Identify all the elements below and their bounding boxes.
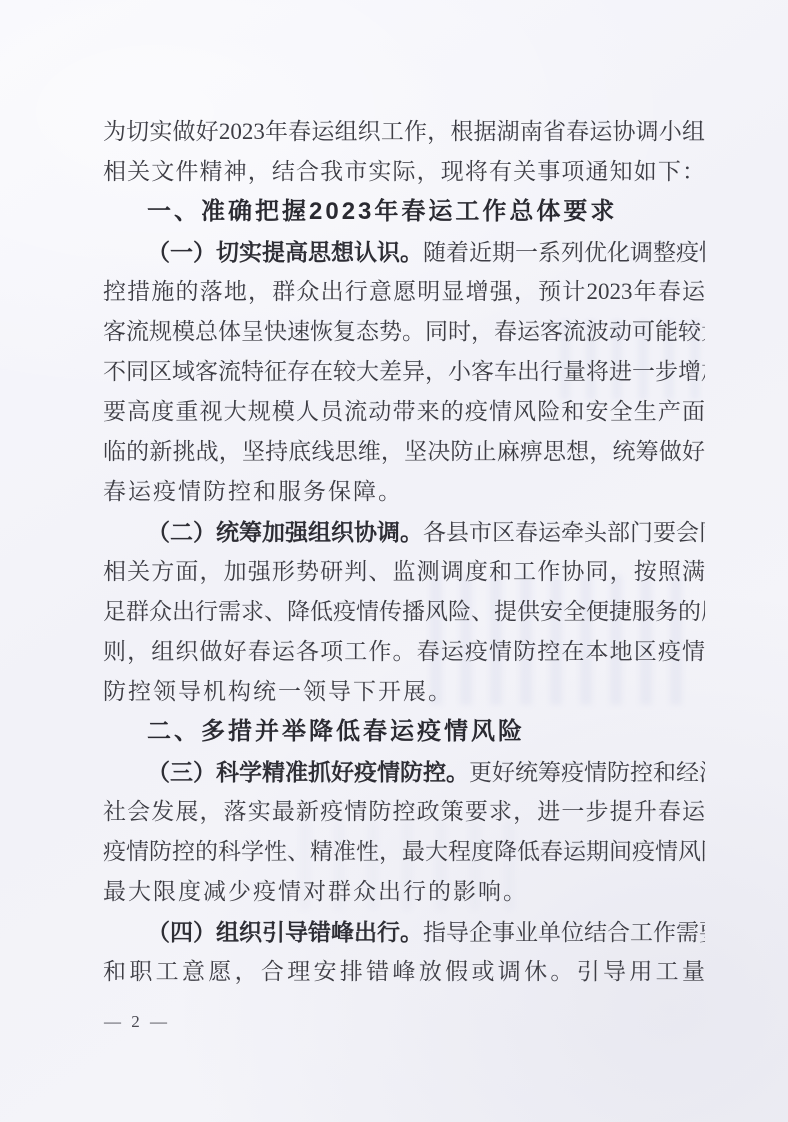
body-line: （三）科学精准抓好疫情防控。更好统筹疫情防控和经济 xyxy=(103,752,705,792)
body-text: 社会发展，落实最新疫情防控政策要求，进一步提升春运 xyxy=(103,799,705,824)
body-line: 则，组织做好春运各项工作。春运疫情防控在本地区疫情 xyxy=(103,632,705,672)
body-line: 防控领导机构统一领导下开展。 xyxy=(103,672,705,712)
body-text: 和职工意愿，合理安排错峰放假或调休。引导用工量 xyxy=(103,959,705,984)
scanned-document-page: 为切实做好2023年春运组织工作，根据湖南省春运协调小组 相关文件精神，结合我市… xyxy=(0,0,788,1122)
body-text: 春运疫情防控和服务保障。 xyxy=(103,479,403,504)
body-text: 足群众出行需求、降低疫情传播风险、提供安全便捷服务的原 xyxy=(103,599,705,624)
body-text: 控措施的落地，群众出行意愿明显增强，预计2023年春运 xyxy=(103,279,705,304)
body-line: 社会发展，落实最新疫情防控政策要求，进一步提升春运 xyxy=(103,792,705,832)
paragraph-lead: （四）组织引导错峰出行。 xyxy=(147,919,423,945)
body-line: 不同区域客流特征存在较大差异，小客车出行量将进一步增加。 xyxy=(103,352,705,392)
paragraph-lead: （一）切实提高思想认识。 xyxy=(147,239,423,265)
page-number: — 2 — xyxy=(104,1012,170,1032)
body-text: 为切实做好2023年春运组织工作，根据湖南省春运协调小组 xyxy=(103,119,705,144)
body-line: 为切实做好2023年春运组织工作，根据湖南省春运协调小组 xyxy=(103,112,705,152)
body-text: 防控领导机构统一领导下开展。 xyxy=(103,679,453,704)
body-text: 则，组织做好春运各项工作。春运疫情防控在本地区疫情 xyxy=(103,639,705,664)
body-text: 相关方面，加强形势研判、监测调度和工作协同，按照满 xyxy=(103,559,705,584)
body-text: 各县市区春运牵头部门要会同 xyxy=(423,520,705,545)
body-line: （二）统筹加强组织协调。各县市区春运牵头部门要会同 xyxy=(103,512,705,552)
body-line: 疫情防控的科学性、精准性，最大程度降低春运期间疫情风险， xyxy=(103,832,705,872)
page-number-text: — 2 — xyxy=(104,1012,170,1031)
body-text: 随着近期一系列优化调整疫情防 xyxy=(423,240,705,265)
body-line: 足群众出行需求、降低疫情传播风险、提供安全便捷服务的原 xyxy=(103,592,705,632)
body-text: 不同区域客流特征存在较大差异，小客车出行量将进一步增加。 xyxy=(103,359,705,384)
document-body: 为切实做好2023年春运组织工作，根据湖南省春运协调小组 相关文件精神，结合我市… xyxy=(103,112,705,992)
section-heading-1: 一、准确把握2023年春运工作总体要求 xyxy=(103,192,705,232)
body-text: 临的新挑战，坚持底线思维，坚决防止麻痹思想，统筹做好 xyxy=(103,439,705,464)
section-heading-2: 二、多措并举降低春运疫情风险 xyxy=(103,712,705,752)
heading-text: 一、准确把握2023年春运工作总体要求 xyxy=(147,198,617,225)
body-line: 和职工意愿，合理安排错峰放假或调休。引导用工量 xyxy=(103,952,705,992)
body-line: 临的新挑战，坚持底线思维，坚决防止麻痹思想，统筹做好 xyxy=(103,432,705,472)
body-text: 更好统筹疫情防控和经济 xyxy=(469,760,705,785)
body-line: 春运疫情防控和服务保障。 xyxy=(103,472,705,512)
paragraph-lead: （三）科学精准抓好疫情防控。 xyxy=(147,759,469,785)
body-text: 指导企事业单位结合工作需要 xyxy=(423,920,705,945)
body-text: 要高度重视大规模人员流动带来的疫情风险和安全生产面 xyxy=(103,399,705,424)
body-text: 疫情防控的科学性、精准性，最大程度降低春运期间疫情风险， xyxy=(103,839,705,864)
body-text: 最大限度减少疫情对群众出行的影响。 xyxy=(103,879,528,904)
body-line: 控措施的落地，群众出行意愿明显增强，预计2023年春运 xyxy=(103,272,705,312)
body-line: （一）切实提高思想认识。随着近期一系列优化调整疫情防 xyxy=(103,232,705,272)
body-line: 要高度重视大规模人员流动带来的疫情风险和安全生产面 xyxy=(103,392,705,432)
body-line: 相关方面，加强形势研判、监测调度和工作协同，按照满 xyxy=(103,552,705,592)
paragraph-lead: （二）统筹加强组织协调。 xyxy=(147,519,423,545)
body-text: 相关文件精神，结合我市实际，现将有关事项通知如下： xyxy=(103,159,705,184)
body-line: 最大限度减少疫情对群众出行的影响。 xyxy=(103,872,705,912)
body-text: 客流规模总体呈快速恢复态势。同时，春运客流波动可能较大， xyxy=(103,319,705,344)
heading-text: 二、多措并举降低春运疫情风险 xyxy=(147,718,525,745)
body-line: 相关文件精神，结合我市实际，现将有关事项通知如下： xyxy=(103,152,705,192)
body-line: （四）组织引导错峰出行。指导企事业单位结合工作需要 xyxy=(103,912,705,952)
body-line: 客流规模总体呈快速恢复态势。同时，春运客流波动可能较大， xyxy=(103,312,705,352)
